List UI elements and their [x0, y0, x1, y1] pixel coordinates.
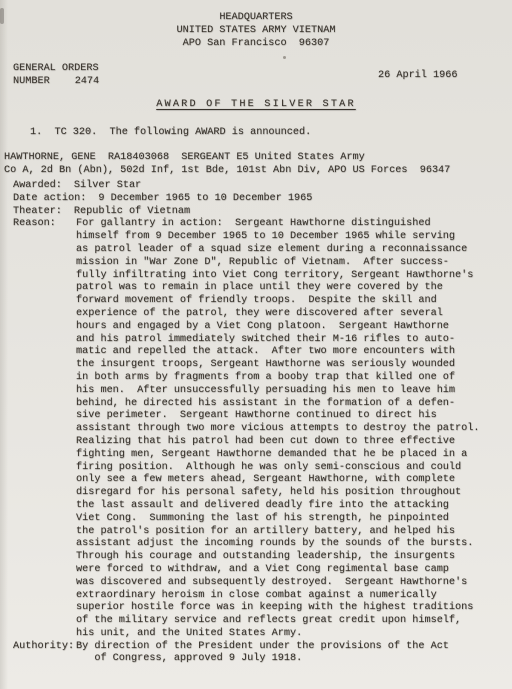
general-orders-block: GENERAL ORDERS NUMBER2474 — [13, 62, 99, 88]
award-details: Awarded:Silver Star Date action:9 Decemb… — [0, 180, 512, 666]
order-number-label: NUMBER — [13, 76, 50, 87]
document-page: HEADQUARTERS UNITED STATES ARMY VIETNAM … — [0, 0, 512, 689]
apo-line: APO San Francisco 96307 — [0, 38, 512, 51]
reason-label: Reason: — [13, 218, 56, 231]
awardee-name-line: HAWTHORNE, GENE RA18403068 SERGEANT E5 U… — [4, 152, 450, 165]
awardee-unit-line: Co A, 2d Bn (Abn), 502d Inf, 1st Bde, 10… — [4, 165, 450, 178]
date-action-row: Date action:9 December 1965 to 10 Decemb… — [0, 193, 512, 206]
date-action-label: Date action: — [13, 193, 86, 204]
authority-text: By direction of the President under the … — [76, 641, 490, 667]
theater-label: Theater: — [13, 206, 62, 217]
order-number-value: 2474 — [75, 75, 99, 88]
reason-text: For gallantry in action: Sergeant Hawtho… — [76, 218, 490, 640]
order-date: 26 April 1966 — [378, 70, 457, 81]
awarded-row: Awarded:Silver Star — [0, 180, 512, 193]
awardee-block: HAWTHORNE, GENE RA18403068 SERGEANT E5 U… — [4, 152, 450, 177]
theater-row: Theater:Republic of Vietnam — [0, 206, 512, 219]
theater-value: Republic of Vietnam — [74, 206, 190, 219]
command-line: UNITED STATES ARMY VIETNAM — [0, 25, 512, 38]
general-orders-label: GENERAL ORDERS — [13, 62, 99, 75]
date-action-value: 9 December 1965 to 10 December 1965 — [98, 193, 312, 206]
authority-label: Authority: — [13, 641, 74, 654]
authority-row: Authority: By direction of the President… — [0, 641, 512, 667]
announcement-line: 1. TC 320. The following AWARD is announ… — [30, 127, 311, 138]
awarded-label: Awarded: — [13, 180, 62, 191]
document-title: AWARD OF THE SILVER STAR — [0, 99, 512, 110]
awarded-value: Silver Star — [74, 180, 141, 193]
reason-row: Reason: For gallantry in action: Sergean… — [0, 218, 512, 640]
letterhead: HEADQUARTERS UNITED STATES ARMY VIETNAM … — [0, 12, 512, 50]
scan-dot-artifact — [283, 56, 286, 59]
headquarters-line: HEADQUARTERS — [0, 12, 512, 25]
